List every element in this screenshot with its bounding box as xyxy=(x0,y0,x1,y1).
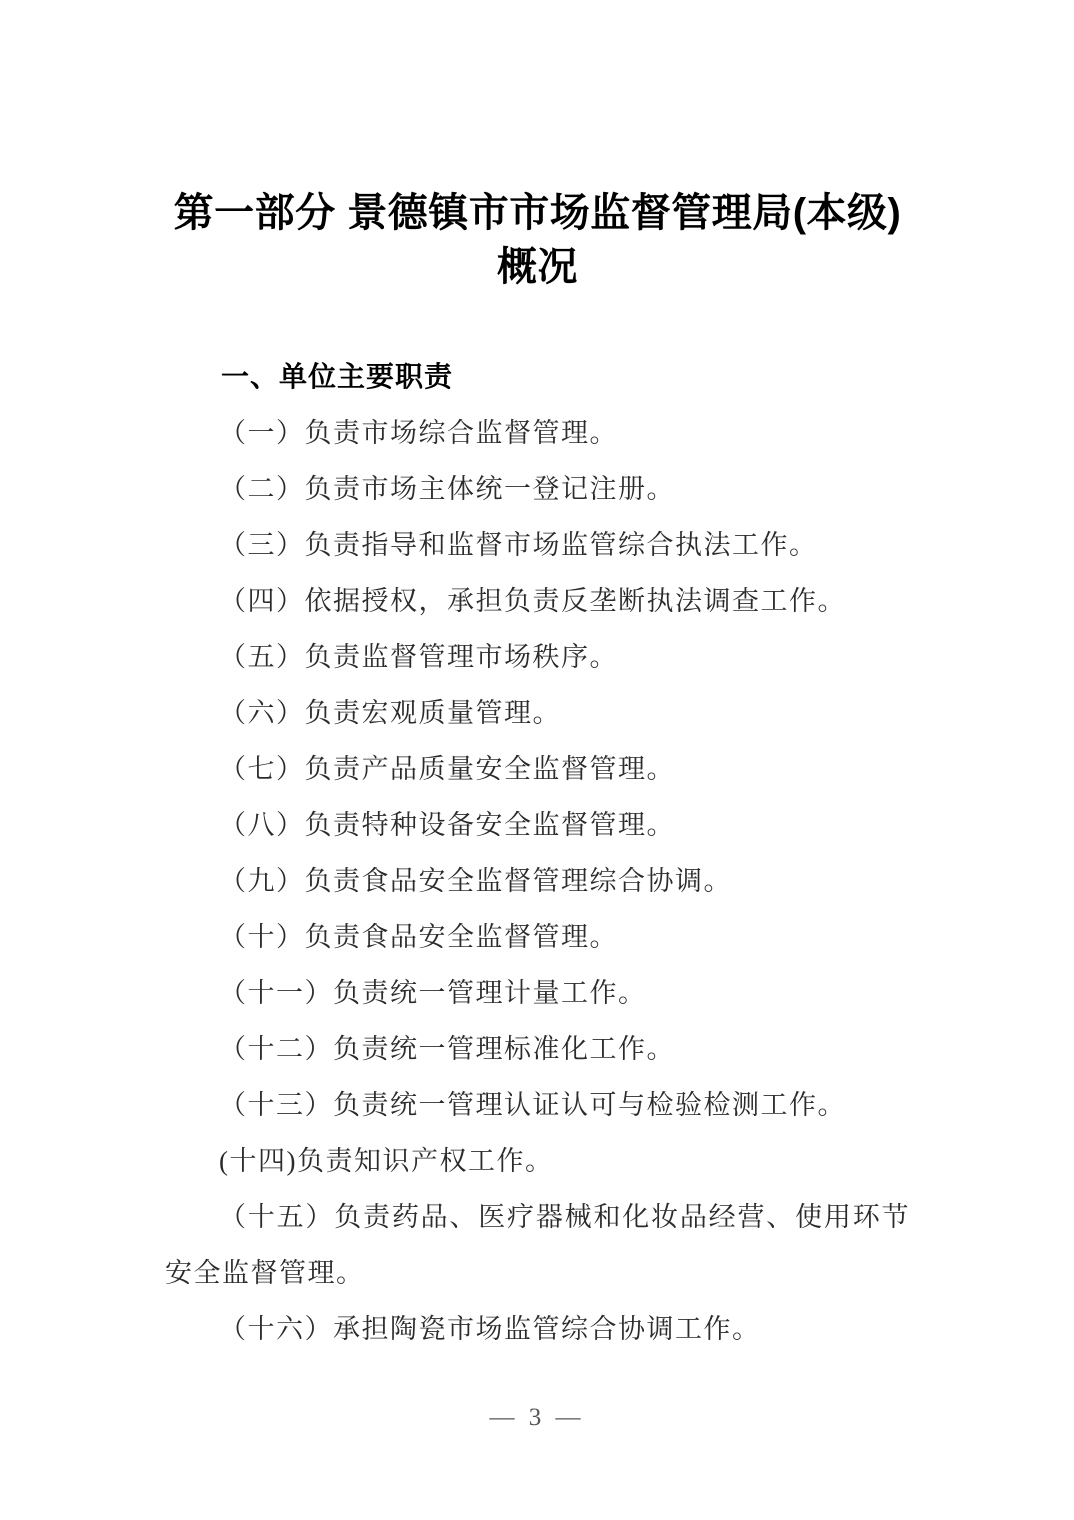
document-title: 第一部分 景德镇市市场监督管理局(本级) 概况 xyxy=(165,186,910,294)
responsibility-item-7: （七）负责产品质量安全监督管理。 xyxy=(165,741,910,797)
responsibility-item-5: （五）负责监督管理市场秩序。 xyxy=(165,629,910,685)
responsibility-item-2: （二）负责市场主体统一登记注册。 xyxy=(165,461,910,517)
responsibility-item-13: （十三）负责统一管理认证认可与检验检测工作。 xyxy=(165,1077,910,1133)
responsibility-list: （一）负责市场综合监督管理。 （二）负责市场主体统一登记注册。 （三）负责指导和… xyxy=(165,405,910,1357)
responsibility-item-8: （八）负责特种设备安全监督管理。 xyxy=(165,797,910,853)
section-heading: 一、单位主要职责 xyxy=(165,349,910,405)
document-page: 第一部分 景德镇市市场监督管理局(本级) 概况 一、单位主要职责 （一）负责市场… xyxy=(0,0,1074,1520)
responsibility-item-6: （六）负责宏观质量管理。 xyxy=(165,685,910,741)
responsibility-item-16: （十六）承担陶瓷市场监管综合协调工作。 xyxy=(165,1301,910,1357)
responsibility-item-11: （十一）负责统一管理计量工作。 xyxy=(165,965,910,1021)
document-content: 第一部分 景德镇市市场监督管理局(本级) 概况 一、单位主要职责 （一）负责市场… xyxy=(165,0,910,1357)
responsibility-item-9: （九）负责食品安全监督管理综合协调。 xyxy=(165,853,910,909)
page-number: — 3 — xyxy=(0,1398,1074,1438)
responsibility-item-12: （十二）负责统一管理标准化工作。 xyxy=(165,1021,910,1077)
document-title-line-2: 概况 xyxy=(165,240,910,294)
responsibility-item-4: （四）依据授权，承担负责反垄断执法调查工作。 xyxy=(165,573,910,629)
responsibility-item-10: （十）负责食品安全监督管理。 xyxy=(165,909,910,965)
responsibility-item-1: （一）负责市场综合监督管理。 xyxy=(165,405,910,461)
responsibility-item-3: （三）负责指导和监督市场监管综合执法工作。 xyxy=(165,517,910,573)
document-title-line-1: 第一部分 景德镇市市场监督管理局(本级) xyxy=(165,186,910,240)
responsibility-item-14: (十四)负责知识产权工作。 xyxy=(165,1133,910,1189)
responsibility-item-15: （十五）负责药品、医疗器械和化妆品经营、使用环节安全监督管理。 xyxy=(165,1189,910,1301)
